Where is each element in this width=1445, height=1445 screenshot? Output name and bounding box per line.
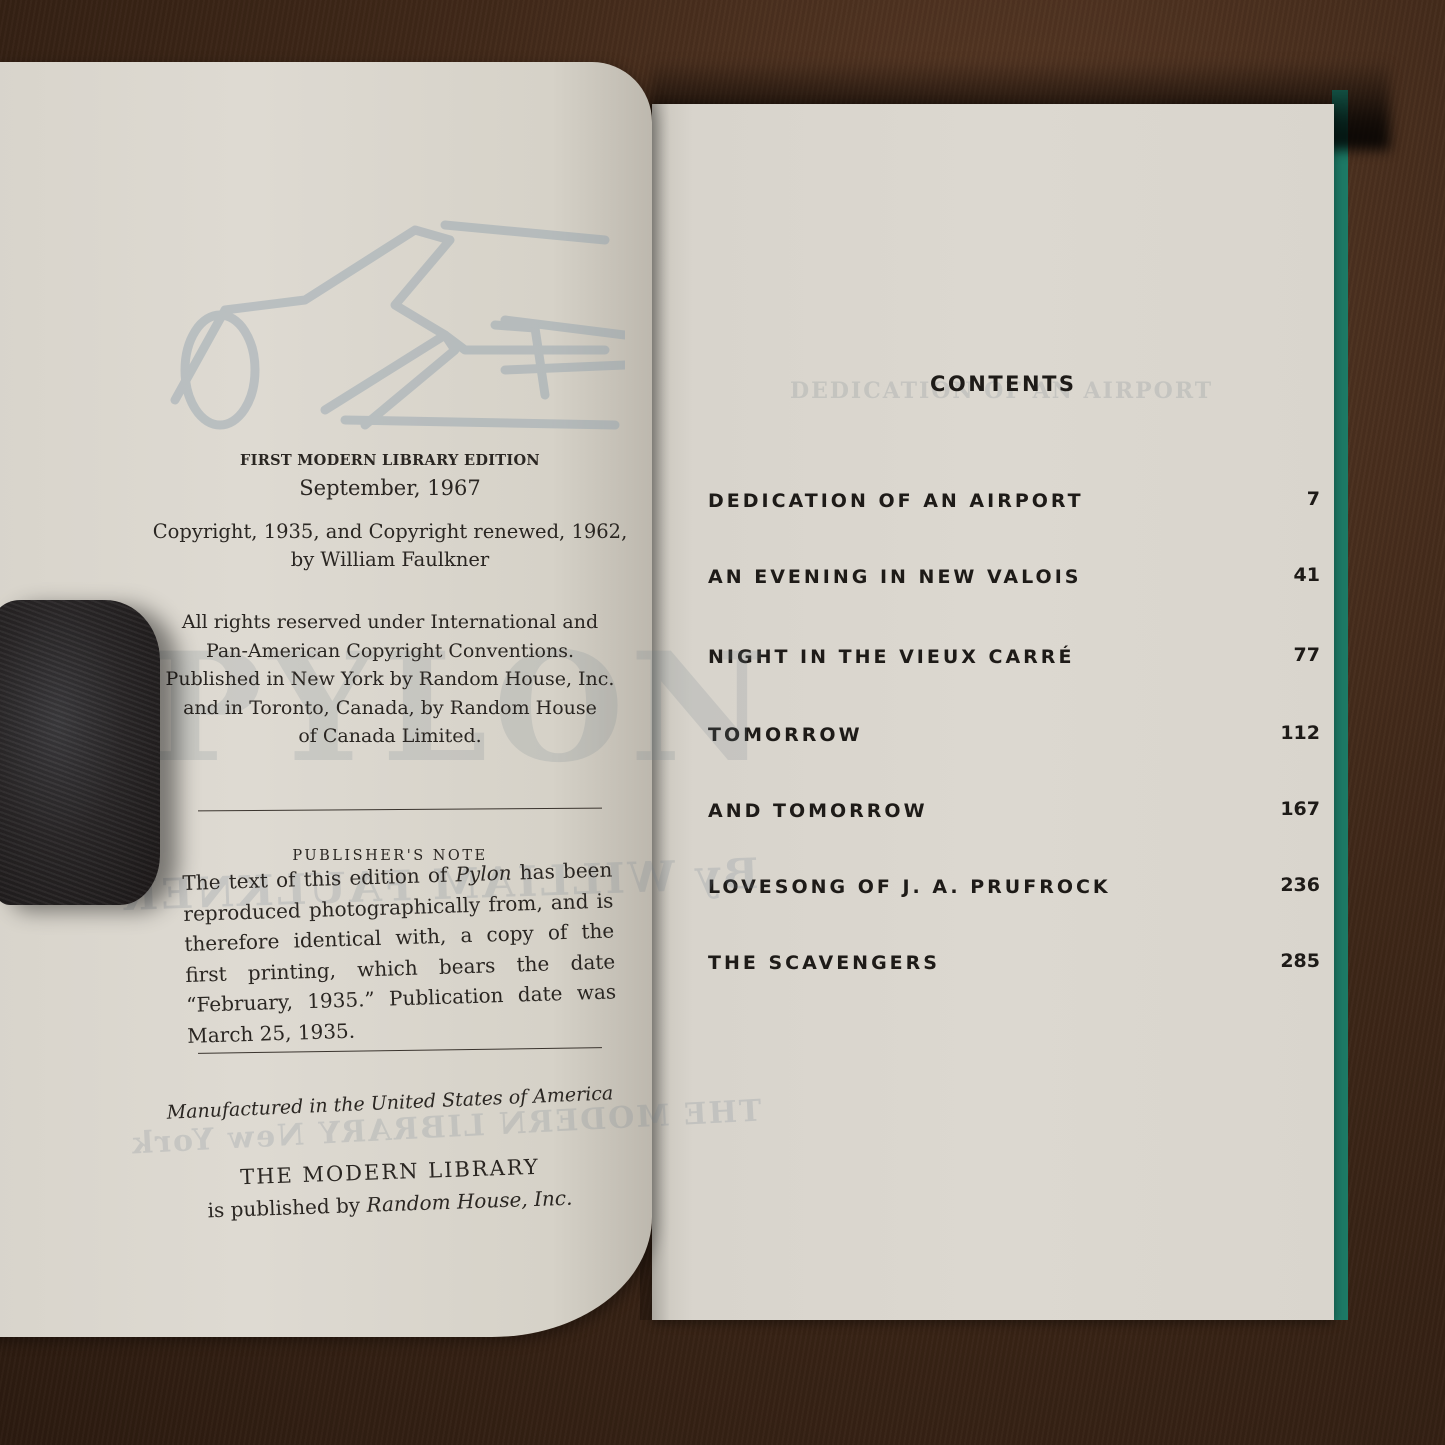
airplane-illustration-showthrough — [165, 210, 625, 440]
toc-entry-page: 236 — [1280, 874, 1320, 896]
rights-line: Published in New York by Random House, I… — [150, 665, 630, 694]
toc-entry[interactable]: THE SCAVENGERS 285 — [708, 952, 1320, 982]
author-line: by William Faulkner — [150, 546, 630, 574]
toc-entry[interactable]: TOMORROW 112 — [708, 724, 1320, 754]
toc-entry[interactable]: AND TOMORROW 167 — [708, 800, 1320, 830]
toc-entry-title: DEDICATION OF AN AIRPORT — [708, 490, 1084, 512]
toc-entry[interactable]: LOVESONG OF J. A. PRUFROCK 236 — [708, 876, 1320, 906]
publishers-note-body: The text of this edition of Pylon has be… — [182, 854, 618, 1050]
note-text: The text of this edition of — [182, 862, 456, 895]
toc-entry-page: 41 — [1294, 564, 1320, 586]
toc-entry[interactable]: NIGHT IN THE VIEUX CARRÉ 77 — [708, 646, 1320, 676]
toc-entry-page: 112 — [1280, 722, 1320, 744]
copyright-line: Copyright, 1935, and Copyright renewed, … — [150, 518, 630, 546]
contents-title: CONTENTS — [930, 372, 1077, 396]
book-title-italic: Pylon — [455, 861, 512, 887]
rights-line: All rights reserved under International … — [150, 608, 630, 637]
rights-statement: All rights reserved under International … — [150, 608, 630, 751]
toc-entry-page: 77 — [1294, 644, 1320, 666]
copyright-notice: Copyright, 1935, and Copyright renewed, … — [150, 518, 630, 574]
toc-entry-title: LOVESONG OF J. A. PRUFROCK — [708, 876, 1111, 898]
rights-line: of Canada Limited. — [150, 722, 630, 751]
toc-entry-page: 285 — [1280, 950, 1320, 972]
edition-date: September, 1967 — [150, 476, 630, 500]
toc-entry[interactable]: AN EVENING IN NEW VALOIS 41 — [708, 566, 1320, 596]
toc-entry-title: AN EVENING IN NEW VALOIS — [708, 566, 1081, 588]
stone-paperweight[interactable] — [0, 600, 160, 905]
toc-entry-page: 7 — [1307, 488, 1320, 510]
toc-entry[interactable]: DEDICATION OF AN AIRPORT 7 — [708, 490, 1320, 520]
toc-entry-title: AND TOMORROW — [708, 800, 928, 822]
toc-entry-title: THE SCAVENGERS — [708, 952, 940, 974]
rights-line: and in Toronto, Canada, by Random House — [150, 694, 630, 723]
book-cover-edge — [1332, 90, 1348, 1320]
edition-label: FIRST MODERN LIBRARY EDITION — [150, 452, 630, 469]
toc-entry-page: 167 — [1280, 798, 1320, 820]
rights-line: Pan-American Copyright Conventions. — [150, 637, 630, 666]
